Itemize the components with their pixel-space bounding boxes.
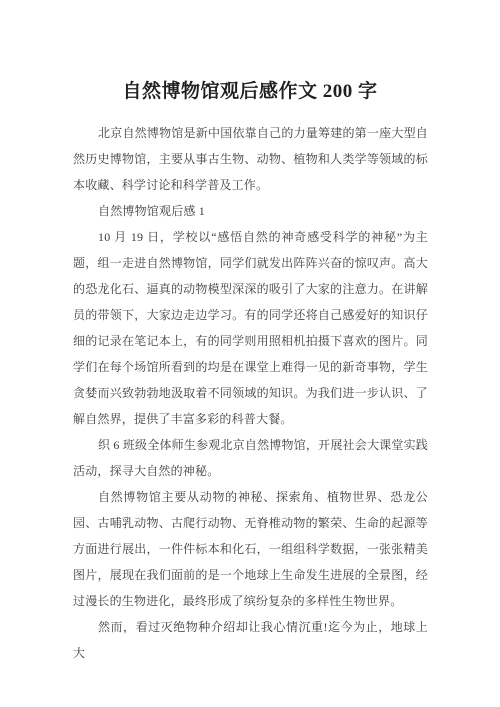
paragraph-extinct-species-truncated: 然而，看过灭绝物种介绍却让我心情沉重!迄今为止，地球上大	[73, 614, 428, 666]
document-body: 北京自然博物馆是新中国依靠自己的力量筹建的第一座大型自然历史博物馆，主要从事古生…	[73, 120, 428, 666]
document-page: 自然博物馆观后感作文 200 字 北京自然博物馆是新中国依靠自己的力量筹建的第一…	[0, 0, 500, 707]
paragraph-essay-visit: 10 月 19 日，学校以“感悟自然的神奇感受科学的神秘”为主题，组一走进自然博…	[73, 224, 428, 432]
document-title: 自然博物馆观后感作文 200 字	[0, 0, 500, 106]
paragraph-exhibits: 自然博物馆主要从动物的神秘、探索角、植物世界、恐龙公园、古哺乳动物、古爬行动物、…	[73, 484, 428, 614]
essay-section-heading: 自然博物馆观后感 1	[73, 198, 428, 224]
paragraph-museum-intro: 北京自然博物馆是新中国依靠自己的力量筹建的第一座大型自然历史博物馆，主要从事古生…	[73, 120, 428, 198]
paragraph-class-activity: 织 6 班级全体师生参观北京自然博物馆，开展社会大课堂实践活动，探寻大自然的神秘…	[73, 432, 428, 484]
